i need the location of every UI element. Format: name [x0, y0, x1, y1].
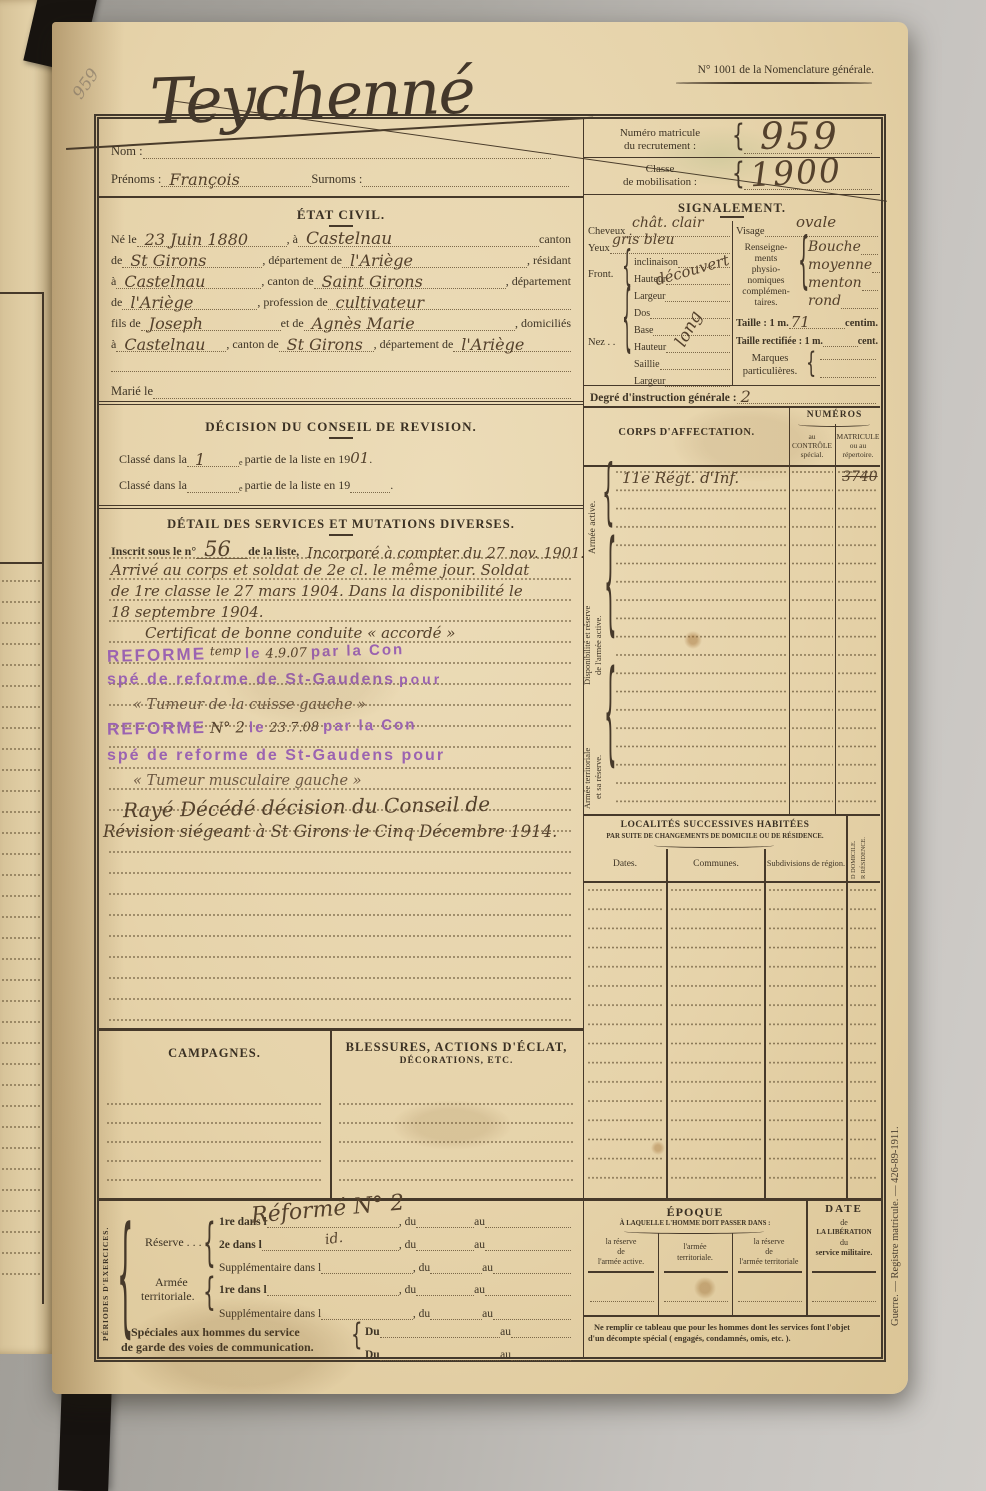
corps-title: CORPS D'AFFECTATION.	[584, 427, 789, 438]
print: au	[474, 1216, 485, 1228]
stamp-text: le	[249, 719, 266, 736]
previous-page-edge	[0, 0, 56, 1354]
line: 2	[737, 403, 876, 404]
territoriale-label: Armée territoriale	[582, 705, 592, 809]
territoriale-brace: {	[203, 1272, 216, 1310]
armee-territoriale-label: Armée	[155, 1275, 188, 1290]
disponibilite-label: Disponibilité et réserve	[582, 567, 592, 685]
matricule-brace: {	[732, 120, 745, 150]
print: et de	[281, 316, 304, 331]
line: Saint Girons	[314, 288, 506, 289]
marques-brace: {	[806, 349, 816, 378]
prenoms-value: François	[169, 170, 240, 189]
taille-row: Taille : 1 m. 71 centim.	[736, 315, 878, 329]
armee-territoriale-label: territoriale.	[141, 1289, 195, 1304]
nom-line	[143, 158, 551, 159]
line: l'Ariège	[122, 309, 257, 310]
print: Supplémentaire dans l	[219, 1262, 321, 1274]
localites-ruled-lines	[671, 889, 761, 1195]
marques-label: Marques	[734, 353, 806, 364]
register-page: 959 N° 1001 de la Nomenclature générale.…	[52, 22, 908, 1394]
renseignements-value: moyenne	[808, 259, 878, 273]
periodes-side-label: PÉRIODES D'EXERCICES.	[101, 1219, 110, 1349]
line	[861, 254, 878, 255]
line	[350, 492, 390, 493]
print: partie de la liste en 19	[245, 452, 351, 467]
date-header: LA LIBÉRATION	[808, 1228, 880, 1236]
speciales-row-1: Du au	[365, 1322, 571, 1338]
epoque-col-divider	[658, 1233, 659, 1315]
matricule-box: Numéro matricule du recrutement : { 959 …	[584, 119, 880, 195]
hw-value: 2	[741, 387, 751, 406]
line	[485, 1295, 571, 1296]
print: Hauteur	[634, 342, 666, 353]
renseignements-value: Bouche	[808, 241, 878, 255]
corps-ruled-lines	[792, 471, 833, 811]
disponibilite-label: de l'armée active.	[593, 579, 603, 675]
classe-brace: {	[732, 158, 745, 188]
date-header: de	[808, 1218, 880, 1227]
services-flourish	[329, 534, 353, 536]
speciales-brace: {	[351, 1321, 362, 1352]
line	[665, 301, 730, 302]
renseignements-value: rond	[808, 295, 878, 309]
stamp-text: par la Con	[311, 641, 405, 660]
epoque-subtitle: À LAQUELLE L'HOMME DOIT PASSER DANS :	[584, 1220, 806, 1227]
nom-row: Nom :	[111, 141, 551, 159]
services-title: DÉTAIL DES SERVICES ET MUTATIONS DIVERSE…	[99, 517, 583, 532]
print: au	[474, 1284, 485, 1296]
marie-label: Marié le	[111, 384, 153, 399]
nez-brace: {	[622, 282, 632, 356]
line: St Girons	[122, 267, 262, 268]
controle-header: au	[790, 432, 834, 441]
corps-ruled-lines	[616, 471, 787, 811]
print: , résidant	[527, 253, 571, 268]
raye-decede-note: Révision siégeant à St Girons le Cinq Dé…	[103, 822, 557, 841]
ec-line-5: fils de Joseph et de Agnès Marie , domic…	[111, 313, 571, 331]
corps-entry-matricule: 3740	[842, 469, 878, 485]
epoque-col3: de	[734, 1247, 804, 1256]
localites-col-divider	[666, 849, 668, 1198]
epoque-col1: de	[586, 1247, 656, 1256]
hw-value: 1	[195, 450, 205, 469]
cheveux-value: chât. clair	[632, 215, 704, 231]
print: Visage	[736, 226, 765, 237]
line: Castelnau	[298, 246, 539, 247]
print: , département de	[262, 253, 342, 268]
prenoms-label: Prénoms :	[111, 172, 161, 187]
hw-value: Joseph	[149, 314, 203, 333]
print: canton	[539, 232, 571, 247]
numeros-header: NUMÉROS	[789, 410, 880, 420]
print: au	[500, 1349, 511, 1361]
line	[430, 1319, 482, 1320]
ec-line-1: Né le 23 Juin 1880 , à Castelnau canton	[111, 229, 571, 247]
classe-line-1: Classé dans la 1 e partie de la liste en…	[119, 449, 479, 467]
line	[321, 1319, 413, 1320]
etat-civil-flourish	[329, 225, 353, 227]
localites-flourish	[654, 843, 774, 848]
ec-line-6: à Castelnau , canton de St Girons , dépa…	[111, 334, 571, 352]
domicile-header: D DOMICILE.	[850, 819, 857, 879]
localites-col-divider	[846, 814, 848, 1198]
renseignements-label: physio-	[734, 265, 798, 275]
matricule-label: du recrutement :	[590, 140, 730, 152]
classe-line-2: Classé dans la e partie de la liste en 1…	[119, 475, 479, 493]
line	[660, 369, 730, 370]
epoque-col1: la réserve	[586, 1237, 656, 1246]
print: , département	[506, 274, 571, 289]
print: Du	[365, 1349, 380, 1361]
blessures-title: BLESSURES, ACTIONS D'ÉCLAT,	[332, 1040, 581, 1055]
print: au	[474, 1239, 485, 1251]
numeros-flourish	[798, 422, 870, 427]
renseignements-label: Renseigne-	[734, 243, 798, 253]
line	[493, 1273, 571, 1274]
localites-ruled-lines	[850, 889, 876, 1195]
line	[738, 1295, 802, 1302]
line: Agnès Marie	[304, 330, 515, 331]
hw-value: menton	[808, 275, 862, 291]
hw-value: Saint Girons	[322, 272, 423, 291]
line	[841, 308, 878, 309]
print: , profession de	[257, 295, 327, 310]
service-note: Arrivé au corps et soldat de 2e cl. le m…	[111, 561, 529, 579]
prenoms-row: Prénoms : François Surnoms :	[111, 169, 569, 187]
line: 71	[789, 328, 845, 329]
marques-label: particulières.	[734, 366, 806, 377]
reforme-overwrite-ditto: id.	[324, 1230, 344, 1248]
print: centim.	[845, 318, 878, 329]
stamp-text: REFORME	[107, 718, 206, 739]
hw-value: St Girons	[130, 251, 206, 270]
prenoms-line: François	[161, 186, 311, 187]
hw-value: moyenne	[808, 257, 872, 273]
dates-header: Dates.	[584, 859, 666, 869]
line	[485, 1250, 571, 1251]
line	[511, 1360, 571, 1361]
line	[267, 1227, 399, 1228]
print: au	[500, 1326, 511, 1338]
blessures-subtitle: DÉCORATIONS, ETC.	[332, 1056, 581, 1066]
line: l'Ariège	[342, 267, 527, 268]
header-separator	[99, 196, 583, 198]
print: Né le	[111, 232, 137, 247]
print: , département de	[374, 337, 454, 352]
line	[493, 1319, 571, 1320]
service-note: de 1re classe le 27 mars 1904. Dans la d…	[111, 582, 523, 600]
date-header: DATE	[808, 1203, 880, 1215]
epoque-underline	[588, 1271, 654, 1273]
localites-header-rule	[584, 881, 880, 883]
print: 2e dans l	[219, 1239, 262, 1251]
print: Saillie	[634, 359, 660, 370]
hw-value: Incorporé à compter du 27 nov. 1901.	[307, 546, 585, 562]
epoque-underline	[664, 1271, 728, 1273]
hw-value: Castelnau	[124, 272, 205, 291]
matricule-label: Numéro matricule	[590, 127, 730, 139]
stamp-text: REFORME	[107, 644, 206, 666]
campagnes-title: CAMPAGNES.	[99, 1046, 330, 1061]
matricule-header: MATRICULE	[836, 432, 880, 441]
line	[380, 1360, 500, 1361]
hw-value: 71	[791, 313, 810, 331]
reserve-label: Réserve . . .	[145, 1235, 202, 1250]
matricule-header: répertoire.	[836, 450, 880, 459]
line: Castelnau	[116, 288, 261, 289]
hw-insert: temp	[210, 643, 241, 658]
stamp-text: le	[245, 645, 262, 662]
print: Base	[634, 325, 653, 336]
print: à	[111, 337, 116, 352]
line	[416, 1295, 474, 1296]
line	[416, 1250, 474, 1251]
epoque-flourish	[624, 1229, 764, 1234]
print-sup: e	[239, 458, 243, 467]
corps-col-divider	[789, 406, 790, 814]
margin-imprint: Guerre. — Registre matricule. — 426-89-1…	[890, 942, 901, 1326]
section-rule	[99, 401, 583, 405]
epoque-title: ÉPOQUE	[584, 1205, 806, 1220]
epoque-col-divider	[732, 1233, 733, 1315]
line	[590, 1295, 654, 1302]
print-sup: e	[239, 484, 243, 493]
print: , du	[413, 1308, 430, 1320]
hw-value: 56	[204, 537, 231, 561]
section-rule	[99, 505, 583, 509]
print: Supplémentaire dans l	[219, 1308, 321, 1320]
front-label: Front.	[588, 269, 613, 280]
decision-flourish	[329, 437, 353, 439]
corps-col-divider	[835, 424, 836, 814]
nez-label: Nez . .	[588, 337, 615, 348]
renseignements-label: ments	[734, 254, 798, 264]
line	[262, 1250, 399, 1251]
date-header: du	[808, 1238, 880, 1247]
print: Dos	[634, 308, 650, 319]
epoque-note: d'un décompte spécial ( engagés, condamn…	[588, 1334, 791, 1343]
line: Joseph	[141, 330, 281, 331]
matricule-header: ou au	[836, 441, 880, 450]
line: l'Ariège	[453, 351, 571, 352]
ec-line-3: à Castelnau , canton de Saint Girons , d…	[111, 271, 571, 289]
print: , canton de	[226, 337, 278, 352]
hw-value: rond	[808, 293, 841, 309]
line: 56	[196, 558, 248, 559]
renseignements-value: menton	[808, 277, 878, 291]
print: , du	[399, 1239, 416, 1251]
print: 1re dans l	[219, 1284, 267, 1296]
renseignements-label: nomiques	[734, 276, 798, 286]
decision-title: DÉCISION DU CONSEIL DE REVISION.	[99, 419, 583, 435]
print: Taille : 1 m.	[736, 318, 789, 329]
print: de	[111, 295, 122, 310]
corps-entry: 11e Régt. d'Inf.	[622, 469, 739, 487]
line	[666, 284, 730, 285]
print: de la liste,	[248, 544, 299, 559]
line: cultivateur	[328, 309, 571, 310]
line	[872, 272, 880, 273]
hw-insert: N° 2	[210, 718, 245, 737]
line	[187, 492, 239, 493]
reserve-brace: {	[203, 1216, 216, 1268]
line	[823, 346, 858, 347]
print: , du	[399, 1216, 416, 1228]
reserve-row-3: Supplémentaire dans l , du au	[219, 1257, 571, 1274]
localites-subtitle: PAR SUITE DE CHANGEMENTS DE DOMICILE OU …	[584, 833, 846, 840]
previous-page-rule	[0, 562, 44, 564]
print: .	[390, 478, 393, 493]
nomenclature-note: N° 1001 de la Nomenclature générale.	[698, 64, 874, 76]
epoque-col3: la réserve	[734, 1237, 804, 1246]
stamp-text: par la Con	[323, 716, 417, 735]
inscrit-row: Inscrit sous le n° 56 de la liste, Incor…	[111, 539, 573, 559]
line	[664, 1295, 728, 1302]
line	[665, 386, 730, 387]
previous-page-ruled-lines	[2, 580, 40, 1290]
etat-civil-title: ÉTAT CIVIL.	[99, 207, 583, 223]
pencil-number-note: 959	[69, 65, 104, 103]
speciales-row-2: Du au	[365, 1345, 571, 1361]
front-largeur-row: Largeur	[634, 289, 730, 302]
print: cent.	[858, 336, 878, 347]
print: , domiciliés	[515, 316, 571, 331]
print: , à	[287, 232, 298, 247]
epoque-col2: territoriale.	[660, 1253, 730, 1262]
nom-label: Nom :	[111, 144, 143, 159]
hw-value: Castelnau	[306, 229, 392, 249]
print: Classé dans la	[119, 478, 187, 493]
marie-row: Marié le	[111, 381, 571, 399]
print: de	[111, 253, 122, 268]
date-header: service militaire.	[808, 1248, 880, 1257]
speciales-label: Spéciales aux hommes du service	[131, 1325, 300, 1340]
form-frame: Nom : Prénoms : François Surnoms : ÉTAT …	[94, 114, 886, 1362]
hw-value: l'Ariège	[461, 335, 524, 354]
print: au	[482, 1308, 493, 1320]
epoque-bottom-rule	[584, 1315, 880, 1317]
stamp-text: spé de reforme de St-Gaudens	[107, 671, 395, 688]
signalement-bottom-rule	[584, 385, 880, 386]
reserve-row-2: 2e dans l , du au	[219, 1234, 571, 1251]
hw-insert: 23.7.08	[269, 720, 319, 736]
ruled-lines	[339, 1103, 575, 1195]
line	[153, 398, 571, 399]
previous-page-rule	[0, 292, 44, 294]
line	[820, 351, 876, 360]
print: Classé dans la	[119, 452, 187, 467]
print: Yeux	[588, 243, 610, 254]
hw-value: l'Ariège	[130, 293, 193, 312]
line	[744, 183, 872, 190]
territoriale-row-2: Supplémentaire dans l , du au	[219, 1303, 571, 1320]
print: , du	[399, 1284, 416, 1296]
territoriale-row-1: 1re dans l , du au	[219, 1279, 571, 1296]
epoque-col2: l'armée	[660, 1242, 730, 1251]
line	[666, 352, 730, 353]
hw-value: cultivateur	[336, 293, 424, 312]
corps-top-rule	[584, 406, 880, 408]
line	[765, 236, 878, 237]
line: 1	[187, 466, 239, 467]
hw-value: Bouche	[808, 239, 861, 255]
controle-header: spécial.	[790, 450, 834, 459]
line	[862, 290, 878, 291]
armee-active-label: Armée active.	[588, 474, 598, 554]
territoriale-brace: {	[604, 655, 617, 767]
speciales-label: de garde des voies de communication.	[121, 1340, 314, 1355]
renseignements-label: complémen-	[734, 287, 798, 297]
section-rule	[99, 1028, 583, 1031]
corps-ruled-lines	[838, 471, 878, 811]
hw-value: Castelnau	[124, 335, 205, 354]
ec-line-4: de l'Ariège , profession de cultivateur	[111, 292, 571, 310]
epoque-col3: l'armée territoriale	[734, 1257, 804, 1266]
photo-backdrop: { "glyph": {"brace": "{"}, "meta": { "no…	[0, 0, 986, 1491]
localites-top-rule	[584, 814, 880, 816]
surnoms-label: Surnoms :	[311, 172, 362, 187]
hw-value: St Girons	[287, 335, 363, 354]
service-note: 18 septembre 1904.	[111, 603, 264, 621]
line: Castelnau	[116, 351, 226, 352]
hw-insert: 4.9.07	[265, 646, 307, 662]
corps-header-rule	[584, 465, 880, 467]
reform-stamp-2b: spé de reforme de St-Gaudens pour	[107, 747, 445, 765]
localites-ruled-lines	[769, 889, 843, 1195]
signalement-divider	[732, 221, 733, 385]
hw-value: Agnès Marie	[312, 314, 415, 333]
disponibilite-brace: {	[604, 525, 617, 637]
print: Degré d'instruction générale :	[590, 392, 737, 404]
print: Largeur	[634, 291, 665, 302]
service-note: Certificat de bonne conduite « accordé »	[145, 624, 455, 642]
localites-ruled-lines	[588, 889, 663, 1195]
residence-header: R RÉSIDENCE.	[860, 819, 867, 879]
previous-page-border-fragment	[42, 292, 44, 1304]
nomenclature-underline	[676, 82, 872, 84]
print: au	[482, 1262, 493, 1274]
epoque-underline	[738, 1271, 802, 1273]
surnoms-line	[362, 186, 569, 187]
epoque-note: Ne remplir ce tableau que pour les homme…	[594, 1323, 850, 1332]
reform-stamp-1b: spé de reforme de St-Gaudens pour	[107, 671, 442, 689]
yeux-value: gris bleu	[612, 232, 675, 248]
classe-label: de mobilisation :	[590, 176, 730, 188]
ruled-lines	[107, 1103, 322, 1195]
line	[267, 1295, 399, 1296]
hw-value: l'Ariège	[350, 251, 413, 270]
stamp-text: pour	[399, 671, 442, 687]
hw-value: 23 Juin 1880	[145, 230, 248, 249]
signalement-flourish	[720, 216, 744, 218]
localites-title: LOCALITÉS SUCCESSIVES HABITÉES	[584, 820, 846, 830]
hw-value: 01	[350, 449, 369, 467]
bookmark-ribbon-bottom	[58, 1383, 112, 1491]
print: .	[369, 452, 372, 467]
print: fils de	[111, 316, 141, 331]
renseignements-label: taires.	[734, 298, 798, 308]
reform-reason: « Tumeur musculaire gauche »	[133, 773, 362, 789]
classe-label: Classe	[590, 163, 730, 175]
nez-dos-row: Dos	[634, 306, 730, 319]
territoriale-label: et sa réserve.	[593, 715, 603, 799]
print: , du	[413, 1262, 430, 1274]
date-underline	[812, 1271, 876, 1273]
line	[812, 1295, 876, 1302]
right-column: Numéro matricule du recrutement : { 959 …	[583, 119, 881, 1357]
controle-header: CONTRÔLE	[790, 441, 834, 450]
